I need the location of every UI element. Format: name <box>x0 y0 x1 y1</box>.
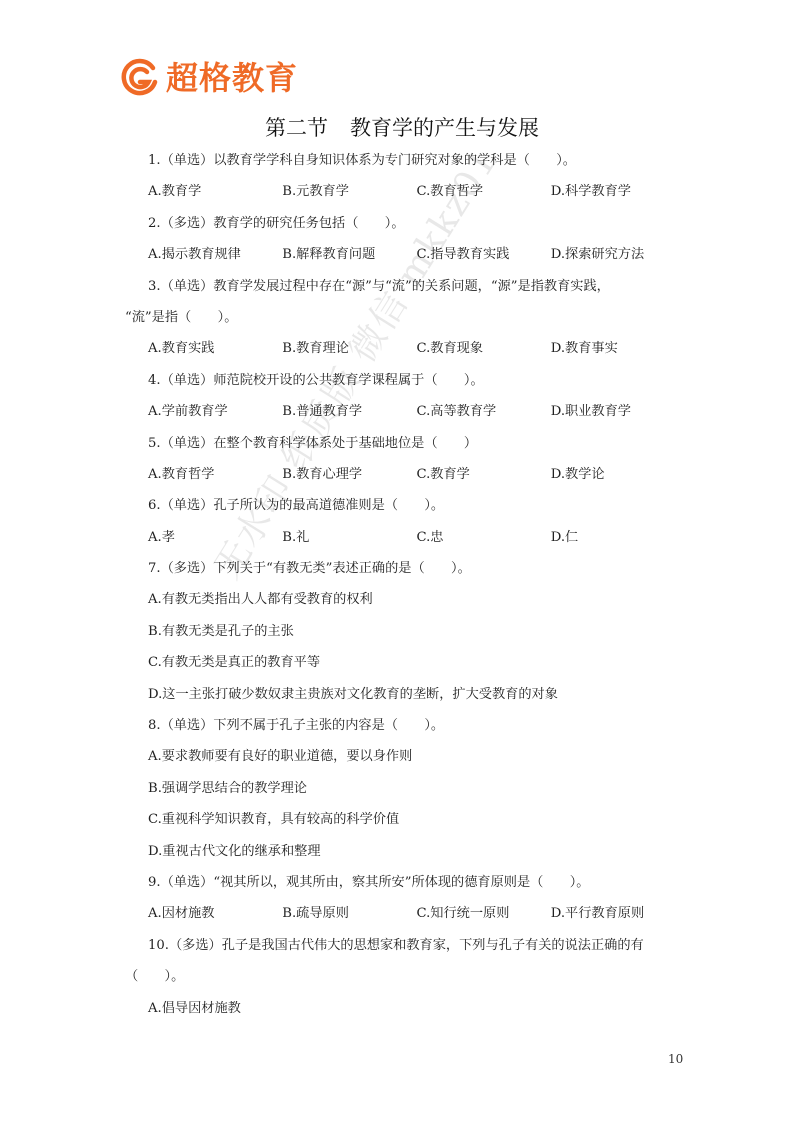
question-stem: 10.（多选）孔子是我国古代伟大的思想家和教育家，下列与孔子有关的说法正确的有 <box>125 935 685 966</box>
question-stem: 3.（单选）教育学发展过程中存在“源”与“流”的关系问题，“源”是指教育实践， <box>125 276 685 307</box>
question-stem: 5.（单选）在整个教育科学体系处于基础地位是（ ） <box>125 433 685 464</box>
brand-logo: 超格教育 <box>120 58 298 98</box>
question-list: 1.（单选）以教育学学科自身知识体系为专门研究对象的学科是（ ）。 A.教育学 … <box>125 150 685 1029</box>
option: A.教育实践 <box>148 338 282 369</box>
option: D.探索研究方法 <box>551 244 685 275</box>
option: B.普通教育学 <box>282 401 416 432</box>
section-heading: 教育学的产生与发展 <box>350 116 539 140</box>
option: A.有教无类指出人人都有受教育的权利 <box>125 589 685 620</box>
option: C.教育学 <box>417 464 551 495</box>
option: C.重视科学知识教育，具有较高的科学价值 <box>125 809 685 840</box>
section-number: 第二节 <box>265 116 328 140</box>
option-row: A.学前教育学 B.普通教育学 C.高等教育学 D.职业教育学 <box>125 401 685 432</box>
option: A.因材施教 <box>148 903 282 934</box>
option-row: A.孝 B.礼 C.忠 D.仁 <box>125 527 685 558</box>
option-row: A.教育学 B.元教育学 C.教育哲学 D.科学教育学 <box>125 181 685 212</box>
page-number: 10 <box>668 1052 683 1066</box>
option: B.疏导原则 <box>282 903 416 934</box>
option: C.指导教育实践 <box>417 244 551 275</box>
option: D.职业教育学 <box>551 401 685 432</box>
question-stem: 1.（单选）以教育学学科自身知识体系为专门研究对象的学科是（ ）。 <box>125 150 685 181</box>
option: D.教学论 <box>551 464 685 495</box>
option: B.强调学思结合的教学理论 <box>125 778 685 809</box>
option: B.教育心理学 <box>282 464 416 495</box>
option: D.教育事实 <box>551 338 685 369</box>
option: A.教育学 <box>148 181 282 212</box>
option: A.揭示教育规律 <box>148 244 282 275</box>
option: C.知行统一原则 <box>417 903 551 934</box>
question-stem: 9.（单选）“视其所以，观其所由，察其所安”所体现的德育原则是（ ）。 <box>125 872 685 903</box>
question-stem: 8.（单选）下列不属于孔子主张的内容是（ ）。 <box>125 715 685 746</box>
option: A.教育哲学 <box>148 464 282 495</box>
section-title: 第二节教育学的产生与发展 <box>0 112 804 142</box>
option-row: A.教育实践 B.教育理论 C.教育现象 D.教育事实 <box>125 338 685 369</box>
option: A.要求教师要有良好的职业道德，要以身作则 <box>125 746 685 777</box>
option: C.有教无类是真正的教育平等 <box>125 652 685 683</box>
option: B.解释教育问题 <box>282 244 416 275</box>
option: C.高等教育学 <box>417 401 551 432</box>
question-stem-continuation: “流”是指（ ）。 <box>125 307 685 338</box>
option: C.教育哲学 <box>417 181 551 212</box>
option: D.这一主张打破少数奴隶主贵族对文化教育的垄断，扩大受教育的对象 <box>125 684 685 715</box>
option: B.有教无类是孔子的主张 <box>125 621 685 652</box>
question-stem-continuation: （ ）。 <box>125 966 685 997</box>
option: D.科学教育学 <box>551 181 685 212</box>
option: C.教育现象 <box>417 338 551 369</box>
option: D.重视古代文化的继承和整理 <box>125 841 685 872</box>
option: C.忠 <box>417 527 551 558</box>
logo-text: 超格教育 <box>166 58 298 98</box>
option: A.倡导因材施教 <box>125 998 685 1029</box>
option: B.元教育学 <box>282 181 416 212</box>
option: A.孝 <box>148 527 282 558</box>
question-stem: 2.（多选）教育学的研究任务包括（ ）。 <box>125 213 685 244</box>
question-stem: 7.（多选）下列关于“有教无类”表述正确的是（ ）。 <box>125 558 685 589</box>
option: B.教育理论 <box>282 338 416 369</box>
question-stem: 4.（单选）师范院校开设的公共教育学课程属于（ ）。 <box>125 370 685 401</box>
option-row: A.因材施教 B.疏导原则 C.知行统一原则 D.平行教育原则 <box>125 903 685 934</box>
option: D.平行教育原则 <box>551 903 685 934</box>
option: D.仁 <box>551 527 685 558</box>
question-stem: 6.（单选）孔子所认为的最高道德准则是（ ）。 <box>125 495 685 526</box>
option-row: A.教育哲学 B.教育心理学 C.教育学 D.教学论 <box>125 464 685 495</box>
option-row: A.揭示教育规律 B.解释教育问题 C.指导教育实践 D.探索研究方法 <box>125 244 685 275</box>
option: B.礼 <box>282 527 416 558</box>
logo-g-icon <box>120 58 160 98</box>
option: A.学前教育学 <box>148 401 282 432</box>
